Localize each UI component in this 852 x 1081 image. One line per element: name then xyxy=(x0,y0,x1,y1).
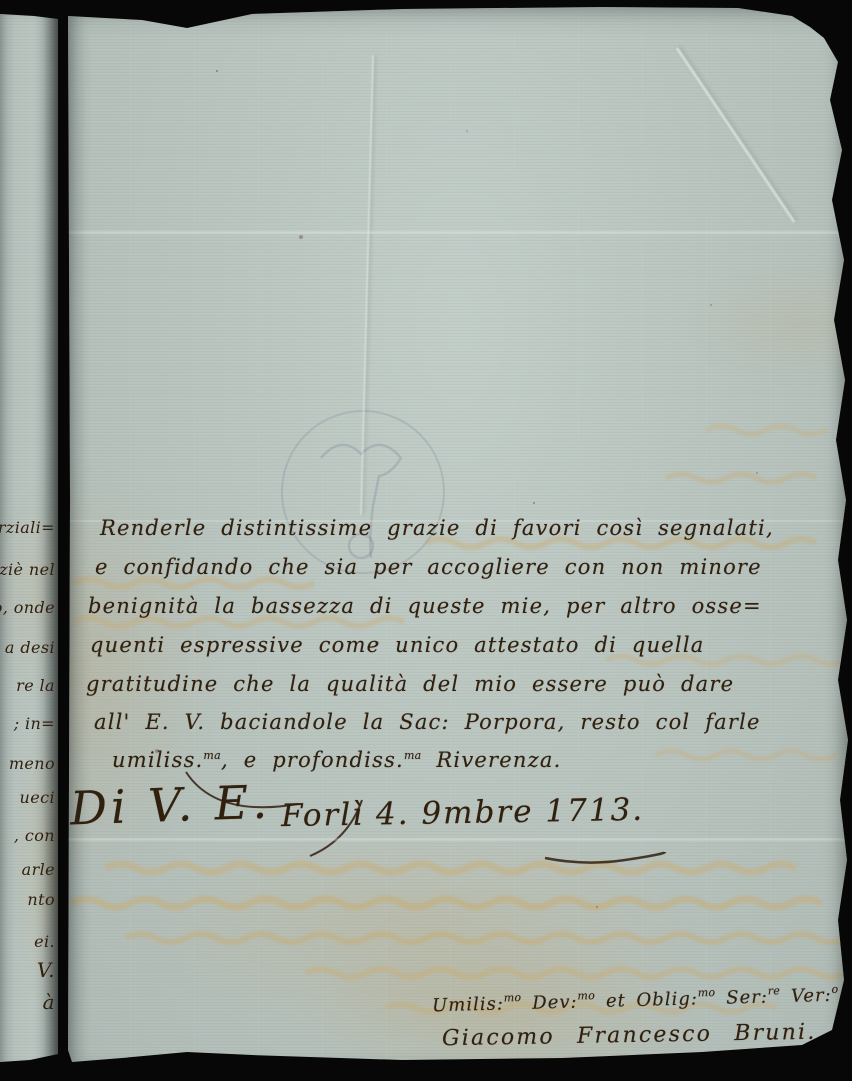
signature-title-text: Ver: xyxy=(780,985,832,1007)
bleedthrough-ink-marks xyxy=(66,0,852,1081)
left-page-text-fragment: ueci xyxy=(20,788,55,807)
letter-body-line: umiliss.ma, e profondiss.ma Riverenza. xyxy=(112,748,561,772)
body-line7-text: , e profondiss. xyxy=(221,748,404,772)
left-page-text-fragment: arle xyxy=(22,860,55,879)
left-page-text-fragment: nto xyxy=(27,890,55,909)
superscript-abbreviation: mo xyxy=(698,986,716,999)
superscript-abbreviation: ma xyxy=(404,749,422,762)
left-page-text-fragment: , con xyxy=(14,826,55,845)
left-page-text-fragment: meno xyxy=(9,754,55,773)
left-page-text-fragment: o, onde xyxy=(0,598,55,617)
left-page-text-fragment-flourish: V. xyxy=(37,958,55,982)
dateline: Forlì 4. 9mbre 1713. xyxy=(281,792,645,834)
superscript-abbreviation: o xyxy=(831,983,838,996)
superscript-abbreviation: mo xyxy=(504,991,522,1004)
signature-title-text: Umilis: xyxy=(432,993,504,1016)
left-page-text-fragment: ei. xyxy=(34,932,55,951)
body-line7-text: Riverenza. xyxy=(422,748,562,772)
watermark-circle xyxy=(281,410,445,574)
signature-title-text: et Oblig: xyxy=(595,988,698,1012)
foxing-specks xyxy=(216,70,218,72)
scanned-manuscript-letter: rziali= ziè nel o, onde a desi re la ; i… xyxy=(0,0,852,1081)
left-page-text-fragment: a desi xyxy=(5,638,55,657)
superscript-abbreviation: ma xyxy=(203,749,221,762)
left-page-text-fragment: ; in= xyxy=(14,714,55,733)
left-page-text-fragment: à xyxy=(43,990,55,1014)
left-page-text-fragment: ziè nel xyxy=(0,560,55,579)
left-page-edge: rziali= ziè nel o, onde a desi re la ; i… xyxy=(0,0,58,1081)
letter-body-line: benignità la bassezza di queste mie, per… xyxy=(88,594,762,618)
left-page-text-fragment: re la xyxy=(16,676,55,695)
manuscript-letter-page: Renderle distintissime grazie di favori … xyxy=(66,0,852,1081)
signature-title-text: Ser: xyxy=(715,987,768,1009)
letter-body-line: quenti espressive come unico attestato d… xyxy=(90,633,704,657)
letter-body-line: all' E. V. baciandole la Sac: Porpora, r… xyxy=(94,710,761,734)
body-line7-text: umiliss. xyxy=(112,748,203,772)
superscript-abbreviation: re xyxy=(768,984,781,997)
left-page-text-fragment: rziali= xyxy=(0,518,55,537)
letter-body-line: e confidando che sia per accogliere con … xyxy=(95,555,762,579)
letter-body-line: gratitudine che la qualità del mio esser… xyxy=(86,672,734,696)
letter-body-line: Renderle distintissime grazie di favori … xyxy=(100,516,774,540)
signature-title-text: Dev: xyxy=(521,992,578,1014)
valediction: Di V. E. xyxy=(69,775,272,836)
superscript-abbreviation: mo xyxy=(577,989,595,1002)
